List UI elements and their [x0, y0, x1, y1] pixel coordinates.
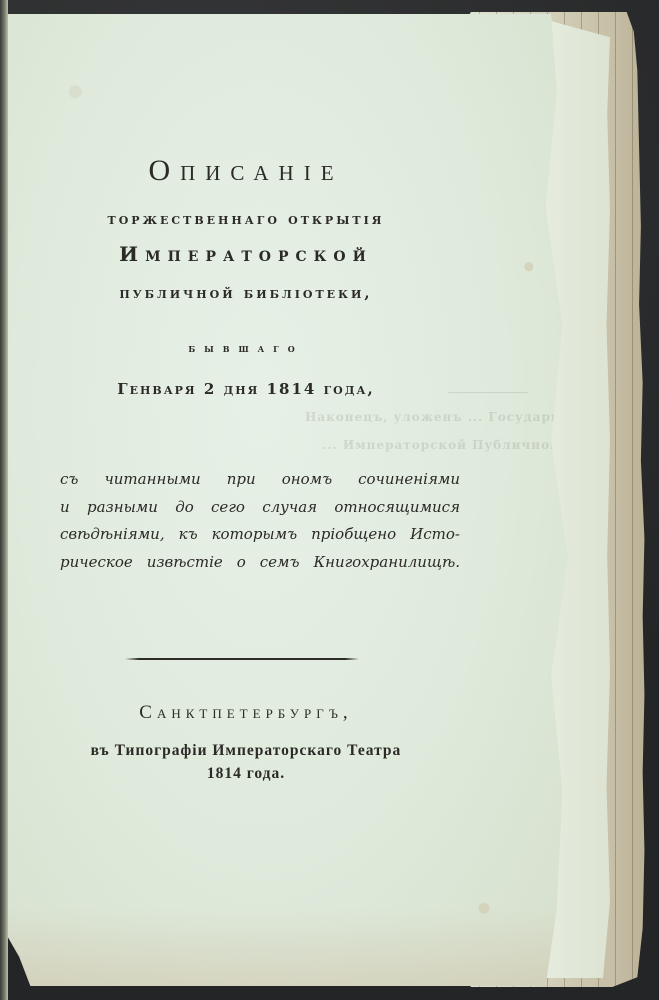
imprint-year: 1814 года.: [8, 765, 484, 783]
imprint-city: Санктпетербургъ,: [8, 702, 484, 724]
description-line: свѣдѣніями, къ которымъ пріобщено Исто-: [60, 521, 460, 549]
subtitle-line: Императорской: [8, 242, 484, 266]
description-line: и разными до сего случая относящимися: [60, 494, 460, 522]
horizontal-rule: [125, 658, 359, 660]
title-page: Наконецъ, уложенъ ... Государь ... Импер…: [8, 14, 568, 986]
description-line: съ читанными при ономъ сочиненіями: [60, 466, 460, 494]
description-paragraph: съ читанными при ономъ сочиненіями и раз…: [60, 466, 460, 576]
show-through-text: Наконецъ, уложенъ ... Государь: [305, 410, 560, 424]
date-line: Генваря 2 дня 1814 года,: [8, 380, 484, 398]
page-title: Описаніе: [8, 154, 484, 188]
description-line: рическое извѣстіе о семъ Книгохранилищѣ.: [60, 549, 460, 577]
show-through-text: ... Императорской Публичной: [322, 438, 560, 452]
subtitle-line: публичной библіотеки,: [8, 284, 484, 302]
occasion-label: бывшаго: [8, 341, 484, 355]
show-through-rule: [448, 392, 528, 393]
binding-edge: [0, 0, 8, 1000]
subtitle-line: торжественнаго открытія: [8, 210, 484, 228]
imprint-press: въ Типографіи Императорскаго Театра: [8, 742, 484, 760]
